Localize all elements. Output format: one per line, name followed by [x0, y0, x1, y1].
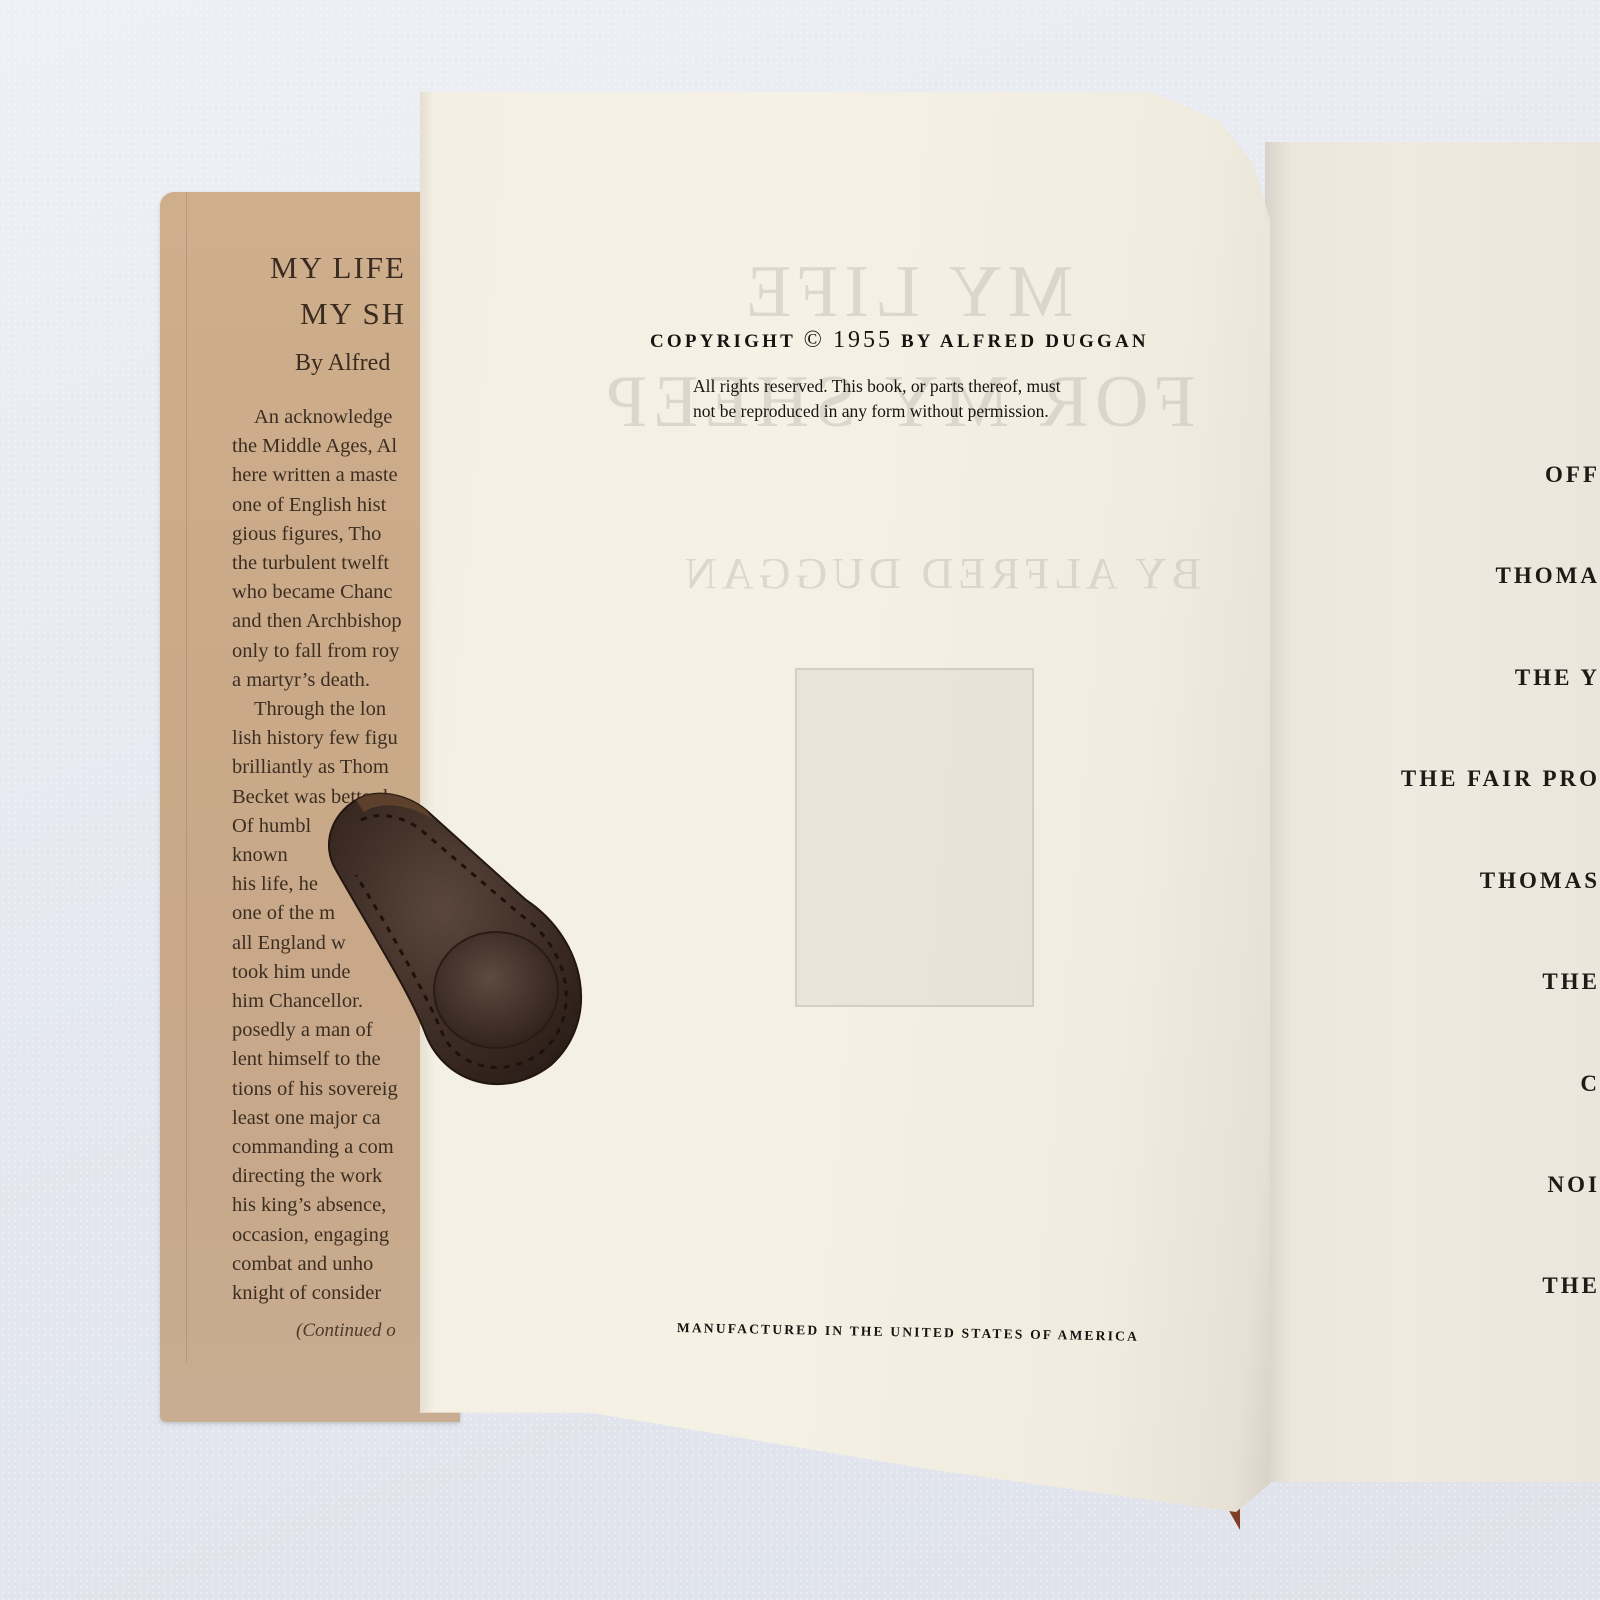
copyright-suffix: BY ALFRED DUGGAN: [901, 331, 1149, 352]
rights-line: All rights reserved. This book, or parts…: [693, 374, 1193, 399]
contents-item: THOMAS: [1480, 868, 1600, 894]
blurb-line: his king’s absence,: [232, 1191, 432, 1220]
blurb-line: here written a maste: [232, 461, 432, 490]
copyright-line: COPYRIGHT © 1955 BY ALFRED DUGGAN: [650, 327, 1149, 354]
contents-item: THE: [1542, 1273, 1600, 1299]
copyright-year: 1955: [833, 327, 893, 353]
blurb-line: Through the lon: [232, 695, 432, 724]
contents-page: OFF THOMA THE Y THE FAIR PRO THOMAS THE …: [1265, 142, 1600, 1482]
contents-item: OFF: [1545, 462, 1600, 488]
blurb-line: commanding a com: [232, 1133, 432, 1162]
blurb-line: combat and unho: [232, 1250, 432, 1279]
blurb-line: and then Archbishop: [232, 607, 432, 636]
contents-item: THE FAIR PRO: [1401, 766, 1600, 792]
blurb-line: lish history few figu: [232, 724, 432, 753]
blurb-line: brilliantly as Thom: [232, 753, 432, 782]
copyright-prefix: COPYRIGHT: [650, 331, 796, 352]
contents-item: THOMA: [1496, 563, 1600, 589]
show-through-illustration: [795, 668, 1034, 1007]
blurb-line: who became Chanc: [232, 578, 432, 607]
contents-item: THE Y: [1515, 665, 1600, 691]
blurb-line: the turbulent twelft: [232, 549, 432, 578]
blurb-line: knight of consider: [232, 1279, 432, 1308]
blurb-line: directing the work: [232, 1162, 432, 1191]
leather-bookmark-icon[interactable]: [316, 790, 596, 1090]
blurb-line: occasion, engaging: [232, 1221, 432, 1250]
contents-item: NOI: [1548, 1172, 1600, 1198]
contents-item: THE: [1542, 969, 1600, 995]
show-through-title: MY LIFE: [740, 250, 1073, 335]
blurb-line: one of English hist: [232, 491, 432, 520]
jacket-continued-note: (Continued o: [296, 1320, 396, 1342]
blurb-line: gious figures, Tho: [232, 520, 432, 549]
jacket-title-line: MY LIFE: [270, 245, 432, 291]
rights-line: not be reproduced in any form without pe…: [693, 399, 1193, 424]
blurb-line: a martyr’s death.: [232, 666, 432, 695]
show-through-byline: BY ALFRED DUGGAN: [680, 548, 1201, 599]
copyright-symbol: ©: [804, 327, 825, 353]
blurb-line: An acknowledge: [232, 403, 432, 432]
contents-item: C: [1580, 1071, 1600, 1097]
blurb-line: only to fall from roy: [232, 637, 432, 666]
blurb-line: the Middle Ages, Al: [232, 432, 432, 461]
jacket-title-line: MY SH: [270, 291, 432, 337]
blurb-line: least one major ca: [232, 1104, 432, 1133]
contents-list: OFF THOMA THE Y THE FAIR PRO THOMAS THE …: [1265, 142, 1600, 1482]
page-edge: [420, 92, 434, 1412]
rights-notice: All rights reserved. This book, or parts…: [693, 374, 1193, 424]
jacket-title: MY LIFE MY SH: [270, 245, 432, 337]
jacket-byline: By Alfred: [295, 350, 390, 377]
